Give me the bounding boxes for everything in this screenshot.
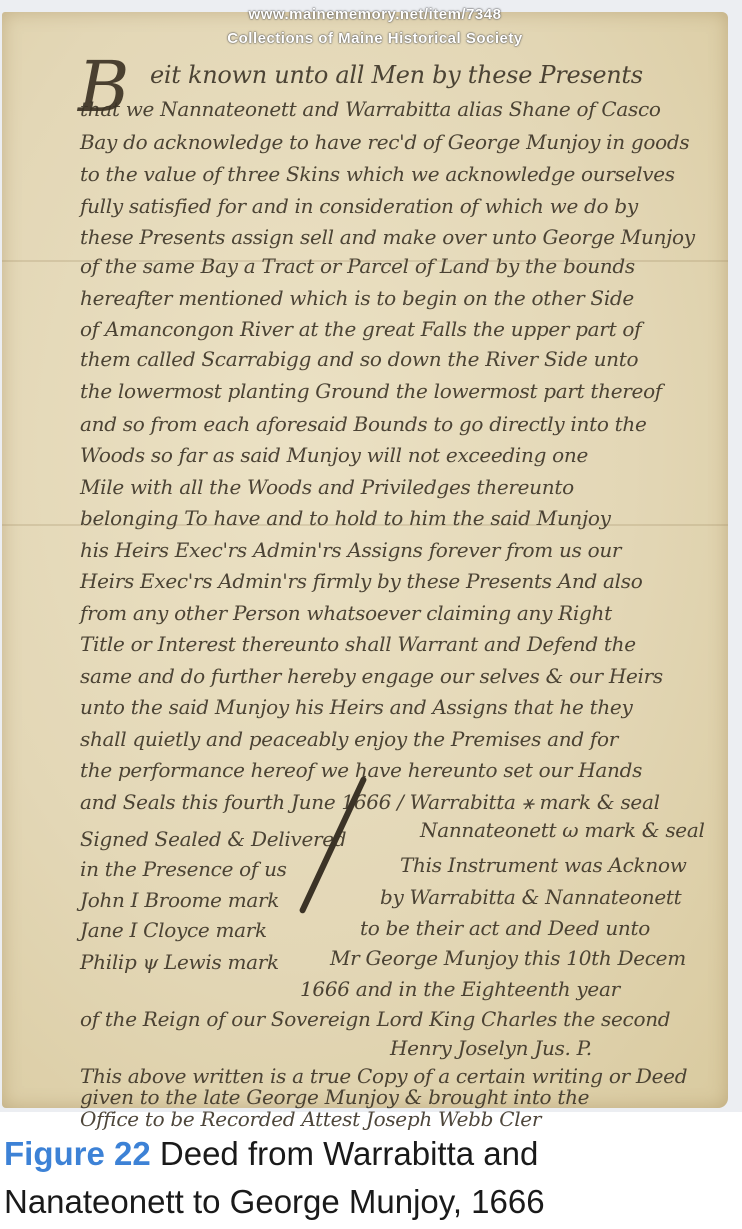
handwritten-line: and so from each aforesaid Bounds to go … (80, 412, 646, 436)
deed-photograph: www.mainememory.net/item/7348 Collection… (0, 0, 742, 1112)
handwritten-line: and Seals this fourth June 1666 / Warrab… (80, 790, 660, 814)
handwritten-line: unto the said Munjoy his Heirs and Assig… (80, 695, 632, 719)
handwritten-line: Nannateonett ω mark & seal (420, 818, 705, 842)
handwritten-line: Philip ψ Lewis mark (80, 950, 279, 974)
handwritten-line: the lowermost planting Ground the lowerm… (80, 379, 662, 403)
handwritten-line: John I Broome mark (80, 888, 279, 912)
handwritten-line: Mile with all the Woods and Priviledges … (80, 475, 574, 499)
handwritten-line: Title or Interest thereunto shall Warran… (80, 632, 636, 656)
handwritten-line: to the value of three Skins which we ack… (80, 162, 675, 186)
handwritten-line: Office to be Recorded Attest Joseph Webb… (80, 1107, 541, 1131)
handwritten-line: of Amancongon River at the great Falls t… (80, 317, 641, 341)
watermark-credit: Collections of Maine Historical Society (150, 30, 600, 47)
handwritten-line: Heirs Exec'rs Admin'rs firmly by these P… (80, 569, 642, 593)
handwritten-line: that we Nannateonett and Warrabitta alia… (80, 97, 661, 121)
handwritten-line: hereafter mentioned which is to begin on… (80, 286, 634, 310)
watermark-url: www.mainememory.net/item/7348 (150, 6, 600, 23)
handwritten-line: given to the late George Munjoy & brough… (80, 1085, 589, 1109)
figure-label: Figure 22 (4, 1135, 151, 1172)
handwritten-line: by Warrabitta & Nannateonett (380, 885, 681, 909)
handwritten-line: Signed Sealed & Delivered (80, 827, 346, 851)
handwritten-line: from any other Person whatsoever claimin… (80, 601, 612, 625)
handwritten-line: Jane I Cloyce mark (80, 918, 267, 942)
handwritten-line: shall quietly and peaceably enjoy the Pr… (80, 727, 618, 751)
handwritten-line: 1666 and in the Eighteenth year (300, 977, 620, 1001)
handwritten-line: fully satisfied for and in consideration… (80, 194, 638, 218)
figure-caption: Figure 22 Deed from Warrabitta and Nanat… (4, 1130, 704, 1226)
handwritten-line: in the Presence of us (80, 857, 287, 881)
handwritten-line: This above written is a true Copy of a c… (80, 1064, 687, 1088)
handwritten-line: eit known unto all Men by these Presents (150, 61, 643, 89)
handwritten-line: Mr George Munjoy this 10th Decem (330, 946, 686, 970)
handwritten-line: of the same Bay a Tract or Parcel of Lan… (80, 254, 635, 278)
handwritten-line: his Heirs Exec'rs Admin'rs Assigns forev… (80, 538, 621, 562)
handwritten-line: belonging To have and to hold to him the… (80, 506, 611, 530)
handwritten-line: these Presents assign sell and make over… (80, 225, 695, 249)
handwritten-line: This Instrument was Acknow (400, 853, 687, 877)
handwritten-line: them called Scarrabigg and so down the R… (80, 347, 638, 371)
handwritten-line: same and do further hereby engage our se… (80, 664, 663, 688)
handwritten-line: the performance hereof we have hereunto … (80, 758, 642, 782)
handwritten-line: Bay do acknowledge to have rec'd of Geor… (80, 130, 689, 154)
handwritten-line: of the Reign of our Sovereign Lord King … (80, 1007, 670, 1031)
handwritten-line: to be their act and Deed unto (360, 916, 650, 940)
handwritten-line: Woods so far as said Munjoy will not exc… (80, 443, 588, 467)
handwritten-line: Henry Joselyn Jus. P. (390, 1036, 592, 1060)
